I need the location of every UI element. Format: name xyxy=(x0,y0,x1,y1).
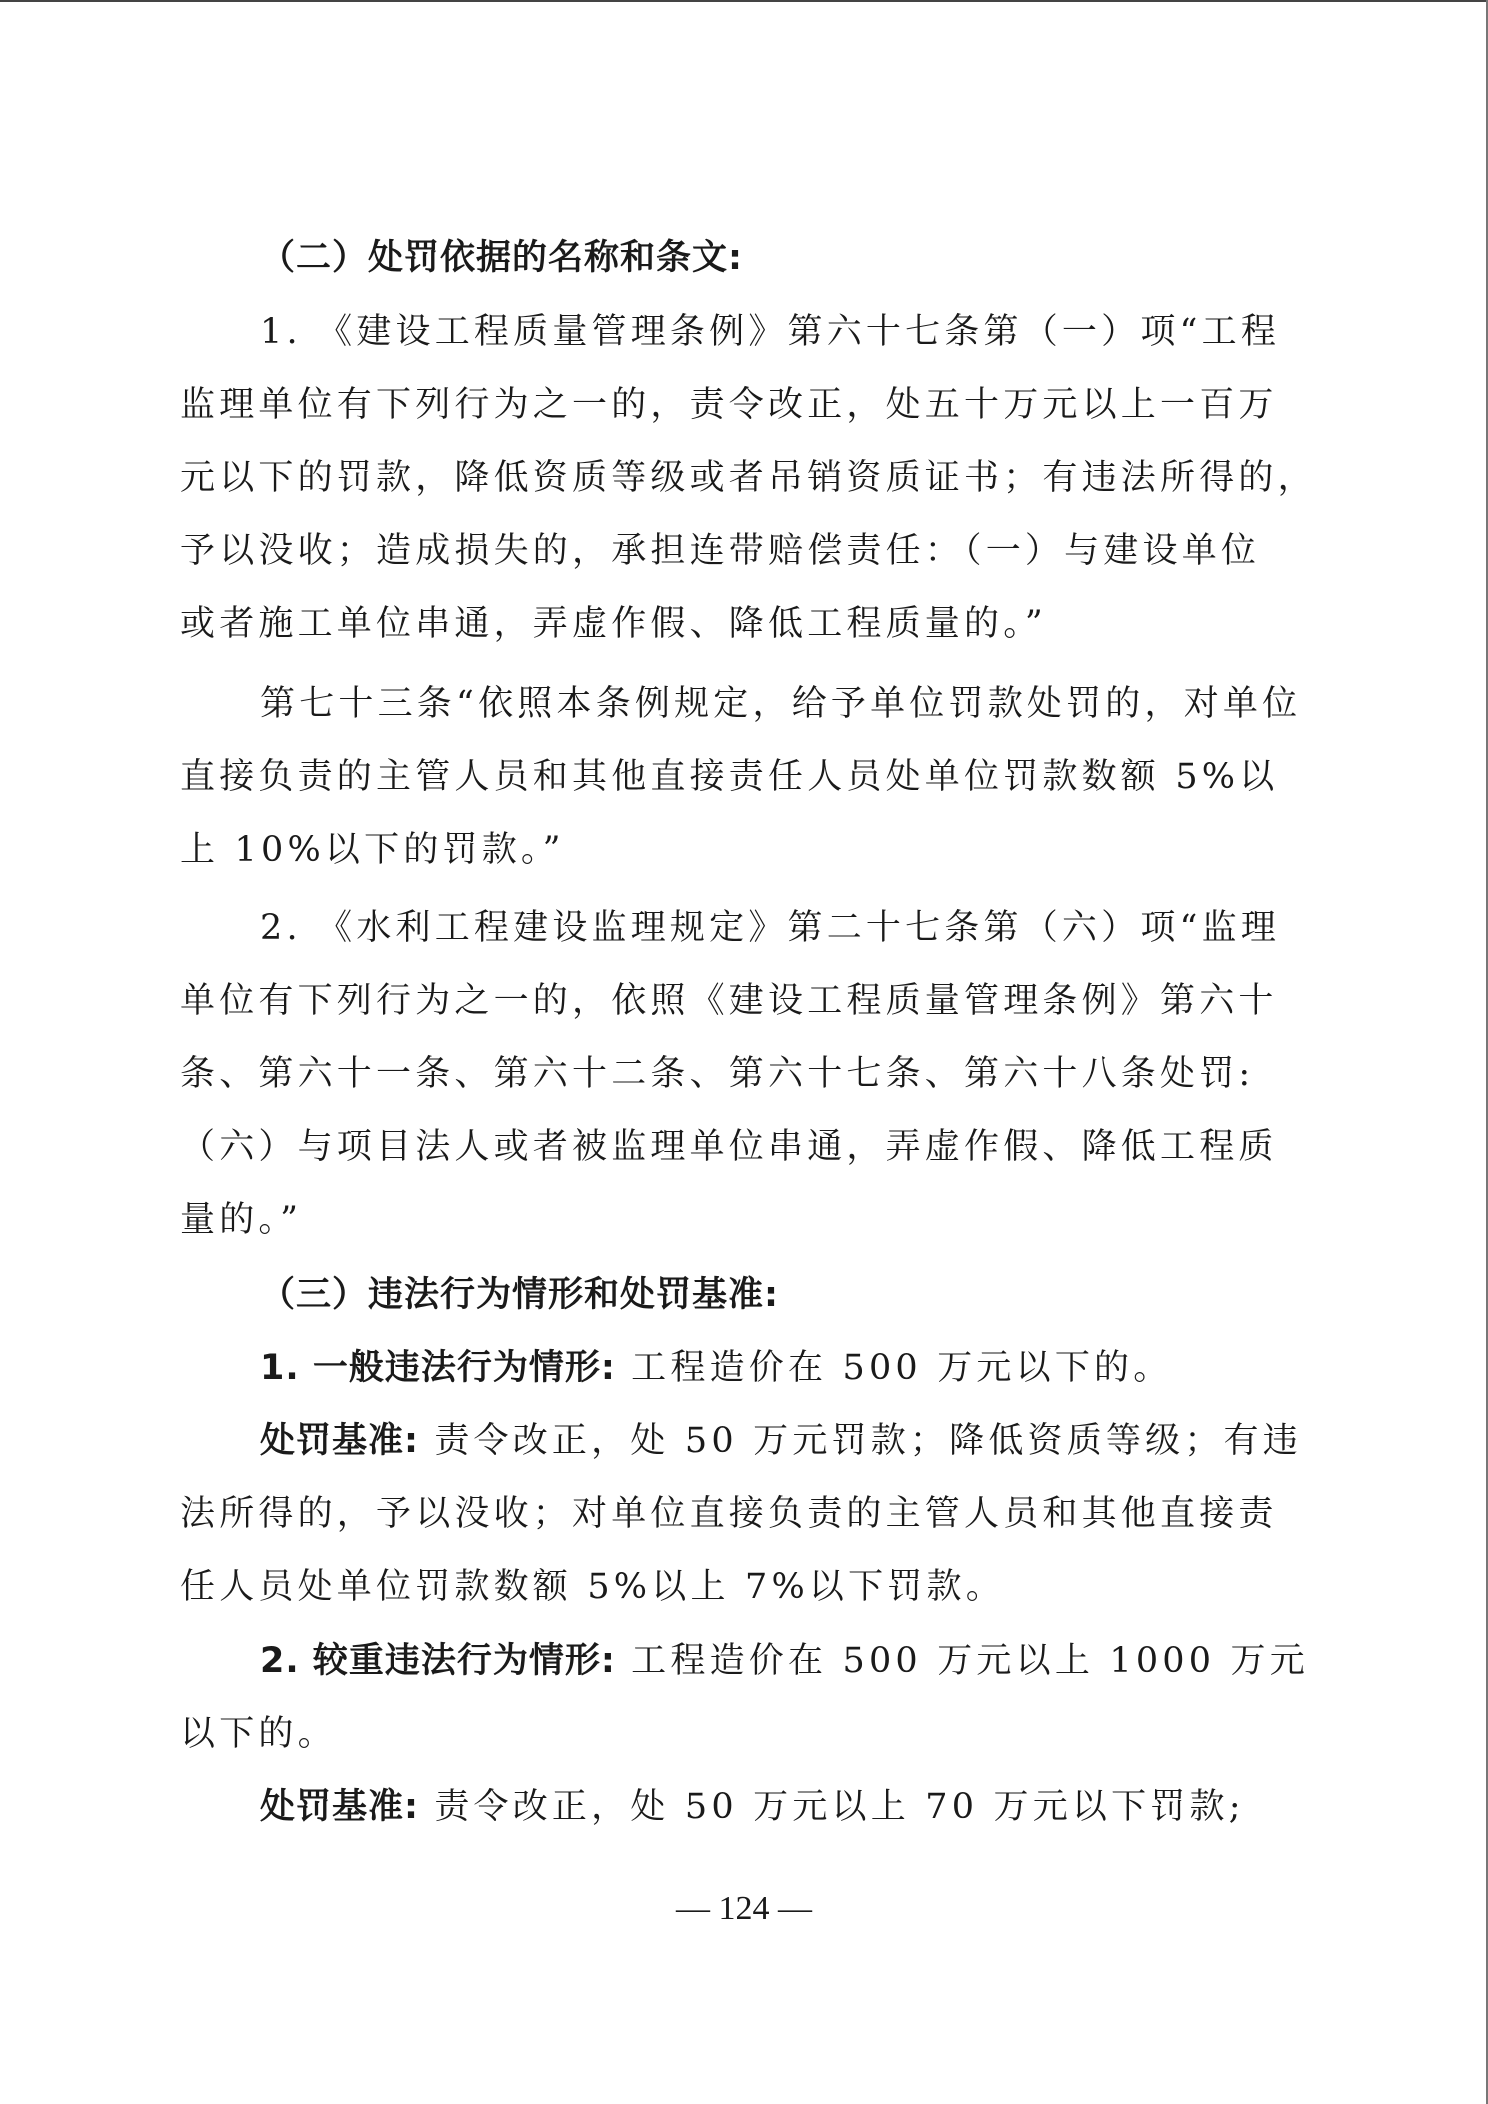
violation-text: 工程造价在 500 万元以上 1000 万元 xyxy=(631,1641,1309,1681)
violation-label: 1. 一般违法行为情形: xyxy=(260,1348,616,1388)
paragraph-line: 第七十三条“依照本条例规定，给予单位罚款处罚的，对单位 xyxy=(260,684,1301,724)
section-heading-2: （二）处罚依据的名称和条文: xyxy=(260,238,743,278)
paragraph-line: 法所得的，予以没收；对单位直接负责的主管人员和其他直接责 xyxy=(180,1494,1278,1534)
paragraph-line: 1. 《建设工程质量管理条例》第六十七条第（一）项“工程 xyxy=(260,312,1280,352)
penalty-label: 处罚基准: xyxy=(260,1787,419,1827)
paragraph-line: 直接负责的主管人员和其他直接责任人员处单位罚款数额 5%以 xyxy=(180,757,1278,797)
paragraph-line: 监理单位有下列行为之一的，责令改正，处五十万元以上一百万 xyxy=(180,385,1278,425)
paragraph-line: 予以没收；造成损失的，承担连带赔偿责任：（一）与建设单位 xyxy=(180,531,1260,571)
paragraph-line: 2. 《水利工程建设监理规定》第二十七条第（六）项“监理 xyxy=(260,908,1280,948)
violation-item-1: 1. 一般违法行为情形: 工程造价在 500 万元以下的。 xyxy=(260,1348,1172,1388)
paragraph-line: 量的。” xyxy=(180,1200,302,1240)
paragraph-line: 上 10%以下的罚款。” xyxy=(180,830,565,870)
penalty-standard-2: 处罚基准: 责令改正，处 50 万元以上 70 万元以下罚款; xyxy=(260,1787,1245,1827)
paragraph-line: 条、第六十一条、第六十二条、第六十七条、第六十八条处罚: xyxy=(180,1054,1254,1094)
page-border-top xyxy=(0,0,1488,2)
paragraph-line: 任人员处单位罚款数额 5%以上 7%以下罚款。 xyxy=(180,1567,1005,1607)
violation-item-2: 2. 较重违法行为情形: 工程造价在 500 万元以上 1000 万元 xyxy=(260,1641,1309,1681)
penalty-standard-1: 处罚基准: 责令改正，处 50 万元罚款；降低资质等级；有违 xyxy=(260,1421,1302,1461)
penalty-text: 责令改正，处 50 万元罚款；降低资质等级；有违 xyxy=(434,1421,1302,1461)
paragraph-line: 或者施工单位串通，弄虚作假、降低工程质量的。” xyxy=(180,604,1047,644)
page-number: — 124 — xyxy=(0,1890,1488,1928)
violation-label: 2. 较重违法行为情形: xyxy=(260,1641,616,1681)
section-heading-3: （三）违法行为情形和处罚基准: xyxy=(260,1275,779,1315)
paragraph-line: 以下的。 xyxy=(180,1714,337,1754)
paragraph-line: （六）与项目法人或者被监理单位串通，弄虚作假、降低工程质 xyxy=(180,1127,1278,1167)
violation-text: 工程造价在 500 万元以下的。 xyxy=(631,1348,1172,1388)
paragraph-line: 元以下的罚款，降低资质等级或者吊销资质证书；有违法所得的， xyxy=(180,458,1317,498)
penalty-text: 责令改正，处 50 万元以上 70 万元以下罚款; xyxy=(434,1787,1244,1827)
paragraph-line: 单位有下列行为之一的，依照《建设工程质量管理条例》第六十 xyxy=(180,981,1278,1021)
penalty-label: 处罚基准: xyxy=(260,1421,419,1461)
